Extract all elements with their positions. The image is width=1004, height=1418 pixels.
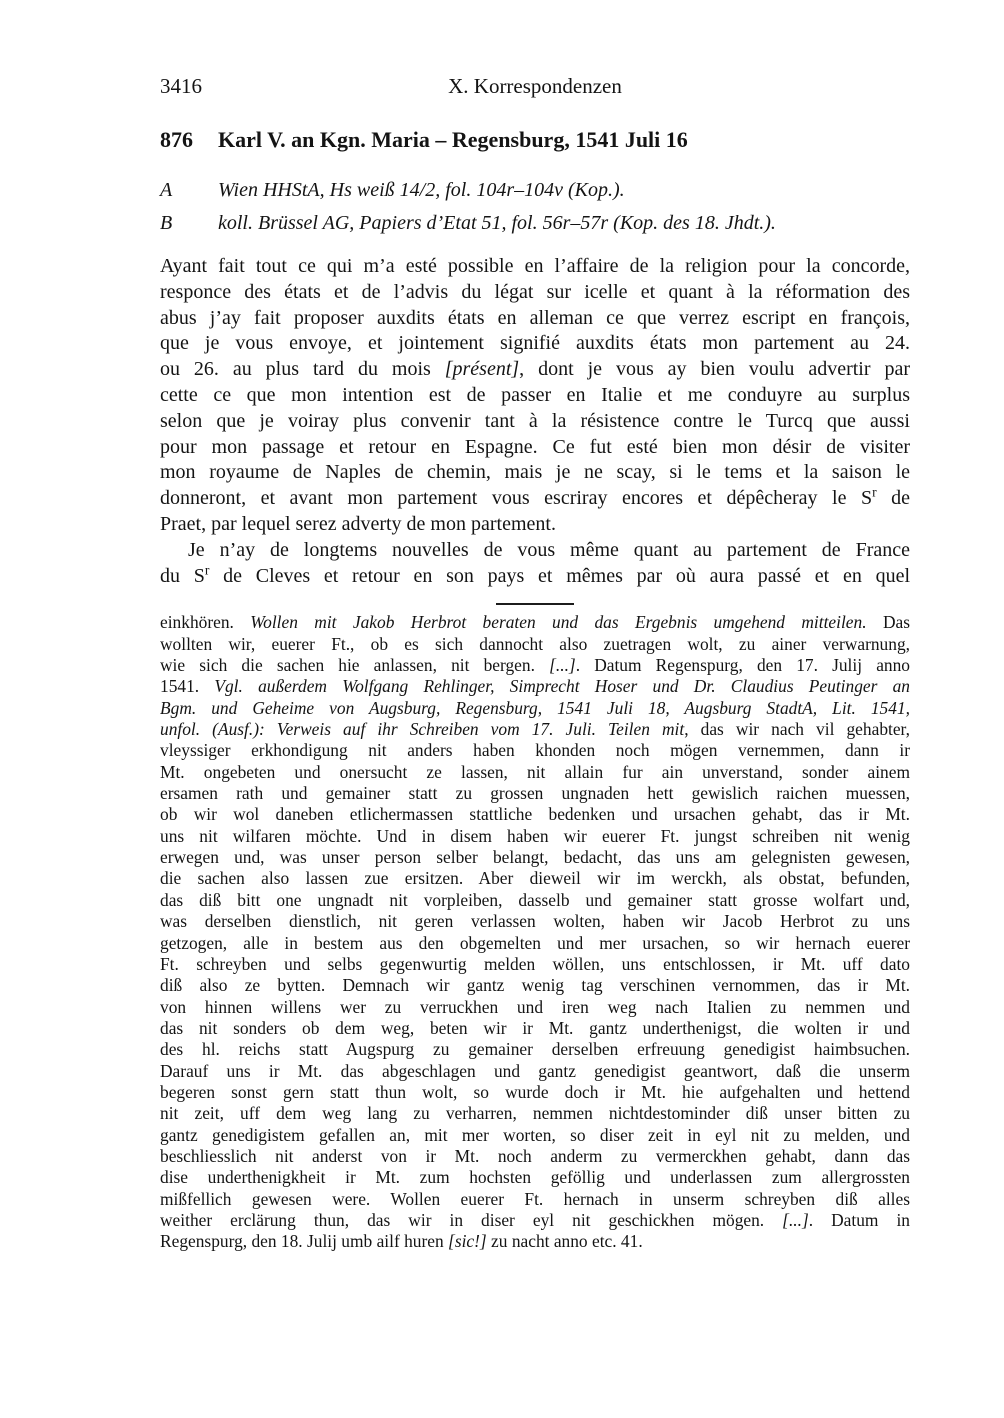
source-siglum: A bbox=[160, 174, 218, 207]
source-row: A Wien HHStA, Hs weiß 14/2, fol. 104r–10… bbox=[160, 174, 910, 207]
footnote-line: unfol. (Ausf.): Verweis auf ihr Schreibe… bbox=[160, 719, 910, 740]
footnote-line: ersamen rath und gemainer statt zu gross… bbox=[160, 783, 910, 804]
footnote-line: begeren sonst gern statt thun wolt, so w… bbox=[160, 1082, 910, 1103]
footnote-line: von hinnen willens wer zu verruckhen und… bbox=[160, 997, 910, 1018]
source-description: koll. Brüssel AG, Papiers d’Etat 51, fol… bbox=[218, 207, 776, 240]
running-header-title: X. Korrespondenzen bbox=[448, 74, 622, 98]
body-line: pour mon passage et retour en Espagne. C… bbox=[160, 435, 910, 461]
footnote-line: getzogen, alle in bestem aus den obgemel… bbox=[160, 933, 910, 954]
body-line: selon que je voiray plus convenir tant à… bbox=[160, 409, 910, 435]
body-line: mon royaume de Naples de chemin, mais je… bbox=[160, 460, 910, 486]
footnote-line: Darauf uns ir Mt. das abgeschlagen und g… bbox=[160, 1061, 910, 1082]
footnote-line: einkhören. Wollen mit Jakob Herbrot bera… bbox=[160, 612, 910, 633]
entry-heading: 876 Karl V. an Kgn. Maria – Regensburg, … bbox=[160, 127, 910, 153]
footnote-line: dise underthenigkheit ir Mt. zum hochste… bbox=[160, 1167, 910, 1188]
footnote-line: Regenspurg, den 18. Julij umb ailf huren… bbox=[160, 1231, 910, 1252]
footnote-line: Mt. ongebeten und onersucht ze lassen, n… bbox=[160, 762, 910, 783]
body-line: cette ce que mon intention est de passer… bbox=[160, 383, 910, 409]
footnote-line: 1541. Vgl. außerdem Wolfgang Rehlinger, … bbox=[160, 676, 910, 697]
source-list: A Wien HHStA, Hs weiß 14/2, fol. 104r–10… bbox=[160, 174, 910, 240]
body-line: Ayant fait tout ce qui m’a esté possible… bbox=[160, 254, 910, 280]
body-line: abus j’ay fait proposer auxdits états en… bbox=[160, 306, 910, 332]
letter-body: Ayant fait tout ce qui m’a esté possible… bbox=[160, 254, 910, 589]
source-description: Wien HHStA, Hs weiß 14/2, fol. 104r–104v… bbox=[218, 174, 625, 207]
footnote-block: einkhören. Wollen mit Jakob Herbrot bera… bbox=[160, 612, 910, 1252]
footnote-line: mißfellich gewesen were. Wollen euerer F… bbox=[160, 1189, 910, 1210]
body-line: du Sr de Cleves et retour en son pays et… bbox=[160, 564, 910, 590]
footnote-line: vleyssiger erkhondigung nit anders haben… bbox=[160, 740, 910, 761]
entry-title: Karl V. an Kgn. Maria – Regensburg, 1541… bbox=[218, 127, 688, 153]
footnote-line: beschliesslich nit anderst von ir Mt. no… bbox=[160, 1146, 910, 1167]
footnote-line: ob wir wol daneben etlichermassen stattl… bbox=[160, 804, 910, 825]
body-line: Praet, par lequel serez adverty de mon p… bbox=[160, 512, 910, 538]
footnote-line: weither erclärung thun, das wir in diser… bbox=[160, 1210, 910, 1231]
footnote-line: Bgm. und Geheime von Augsburg, Regensbur… bbox=[160, 698, 910, 719]
footnote-line: das nit sonders ob dem weg, beten wir ir… bbox=[160, 1018, 910, 1039]
book-page: 3416 X. Korrespondenzen 876 Karl V. an K… bbox=[0, 0, 1004, 1418]
footnote-line: nit zeit, uff dem weg lang zu verharren,… bbox=[160, 1103, 910, 1124]
footnote-line: des hl. reichs statt Augspurg zu gemaine… bbox=[160, 1039, 910, 1060]
body-line: responce des états et de l’advis du léga… bbox=[160, 280, 910, 306]
footnote-line: gantz genedigistem gefallen an, mit mer … bbox=[160, 1125, 910, 1146]
footnote-line: was derselben dienstlich, nit geren verl… bbox=[160, 911, 910, 932]
footnote-separator-rule bbox=[496, 603, 574, 605]
footnote-line: erwegen und, was unser person selber bel… bbox=[160, 847, 910, 868]
footnote-line: das diß bitt one ungnadt nit vorpleiben,… bbox=[160, 890, 910, 911]
body-line: que je vous envoye, et jointement signif… bbox=[160, 331, 910, 357]
footnote-line: die sachen also lassen zue ersitzen. Abe… bbox=[160, 868, 910, 889]
body-line: ou 26. au plus tard du mois [présent], d… bbox=[160, 357, 910, 383]
body-line: Je n’ay de longtems nouvelles de vous mê… bbox=[160, 538, 910, 564]
footnote-line: uns nit wilfaren möchte. Und in disem ha… bbox=[160, 826, 910, 847]
source-row: B koll. Brüssel AG, Papiers d’Etat 51, f… bbox=[160, 207, 910, 240]
footnote-line: wollten wir, euerer Ft., ob es sich dann… bbox=[160, 634, 910, 655]
body-line: donneront, et avant mon partement vous e… bbox=[160, 486, 910, 512]
source-siglum: B bbox=[160, 207, 218, 240]
footnote-line: Ft. schreyben und selbs gegenwurtig meld… bbox=[160, 954, 910, 975]
page-number: 3416 bbox=[160, 74, 202, 98]
entry-number: 876 bbox=[160, 127, 218, 153]
running-head: 3416 X. Korrespondenzen bbox=[160, 74, 910, 98]
footnote-line: wie sich die sachen hie anlassen, nit be… bbox=[160, 655, 910, 676]
footnote-line: diß also ze bytten. Demnach wir gantz we… bbox=[160, 975, 910, 996]
